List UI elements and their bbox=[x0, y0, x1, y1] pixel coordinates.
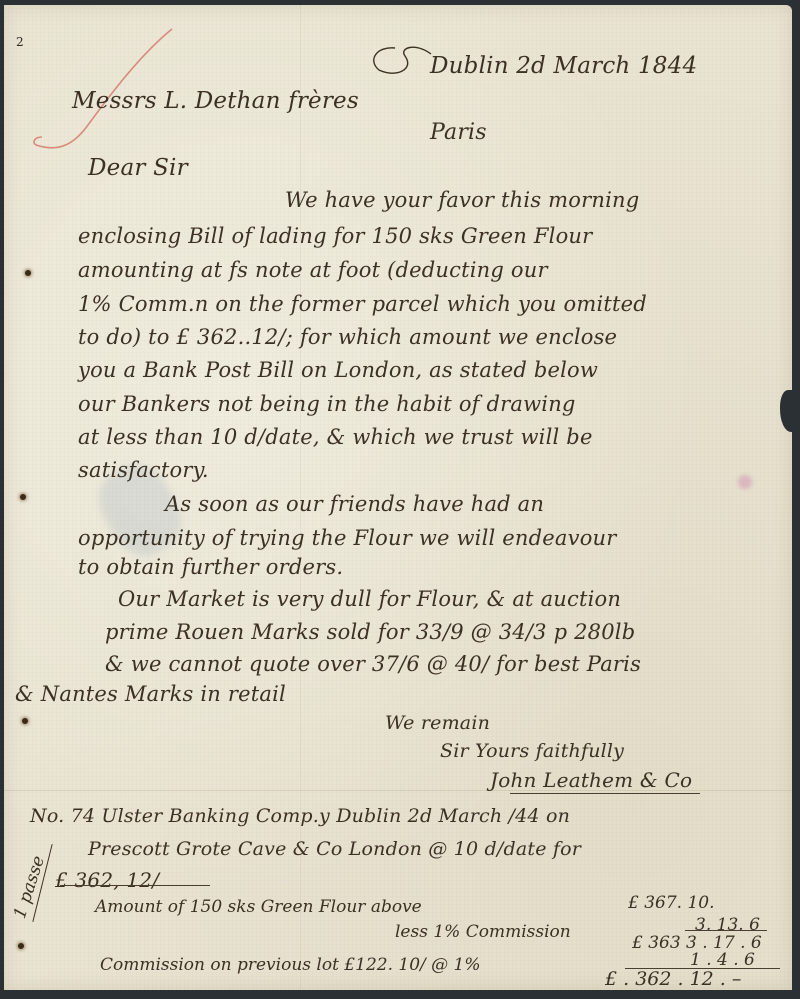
remittance-line: Prescott Grote Cave & Co London @ 10 d/d… bbox=[88, 838, 581, 860]
remittance-line: No. 74 Ulster Banking Comp.y Dublin 2d M… bbox=[30, 805, 570, 827]
signature-rule bbox=[510, 793, 700, 794]
body-line: & Nantes Marks in retail bbox=[15, 682, 286, 706]
account-row-value: 1 . 4 . 6 bbox=[690, 950, 755, 970]
body-line: amounting at fs note at foot (deducting … bbox=[78, 258, 548, 282]
body-line: at less than 10 d/date, & which we trust… bbox=[78, 425, 593, 449]
account-row-label: less 1% Commission bbox=[395, 922, 571, 942]
binding-hole-icon bbox=[18, 943, 24, 949]
binding-hole-icon bbox=[20, 494, 26, 500]
binding-hole-icon bbox=[22, 718, 28, 724]
signature: John Leathem & Co bbox=[490, 768, 692, 792]
place: Paris bbox=[430, 120, 487, 145]
account-row-value: 3. 13. 6 bbox=[695, 915, 760, 935]
body-line: opportunity of trying the Flour we will … bbox=[78, 526, 617, 550]
body-line: We have your favor this morning bbox=[285, 188, 639, 212]
body-line: enclosing Bill of lading for 150 sks Gre… bbox=[78, 224, 592, 248]
closing-line: Sir Yours faithfully bbox=[440, 740, 624, 762]
flourish-icon bbox=[365, 40, 435, 80]
pink-stain bbox=[738, 475, 752, 489]
body-line: As soon as our friends have had an bbox=[165, 492, 544, 516]
scanned-letter: 2 Dublin 2d March 1844 Messrs L. Dethan … bbox=[0, 0, 800, 999]
body-line: prime Rouen Marks sold for 33/9 @ 34/3 p… bbox=[105, 620, 635, 644]
account-total: £ . 362 . 12 . – bbox=[605, 968, 741, 990]
binding-hole-icon bbox=[25, 270, 31, 276]
account-row-prefix: £ 363 bbox=[632, 933, 681, 953]
closing-line: We remain bbox=[385, 712, 490, 734]
body-line: satisfactory. bbox=[78, 458, 209, 482]
body-line: to obtain further orders. bbox=[78, 555, 343, 579]
account-row-label: Commission on previous lot £122. 10/ @ 1… bbox=[100, 955, 481, 975]
body-line: our Bankers not being in the habit of dr… bbox=[78, 392, 576, 416]
salutation: Dear Sir bbox=[88, 155, 188, 181]
addressee: Messrs L. Dethan frères bbox=[72, 88, 359, 114]
body-line: to do) to £ 362..12/; for which amount w… bbox=[78, 325, 617, 349]
corner-mark: 2 bbox=[16, 35, 24, 49]
body-line: Our Market is very dull for Flour, & at … bbox=[118, 587, 621, 611]
body-line: & we cannot quote over 37/6 @ 40/ for be… bbox=[105, 652, 641, 676]
body-line: you a Bank Post Bill on London, as state… bbox=[78, 358, 598, 382]
amount-underline bbox=[60, 885, 210, 886]
body-line: 1% Comm.n on the former parcel which you… bbox=[78, 292, 647, 316]
account-row-label: Amount of 150 sks Green Flour above bbox=[95, 897, 422, 917]
account-row-value: £ 367. 10. bbox=[628, 893, 715, 913]
dateline: Dublin 2d March 1844 bbox=[430, 53, 697, 79]
subtotal-rule bbox=[685, 930, 767, 931]
remittance-amount: £ 362, 12/ bbox=[55, 868, 159, 892]
torn-edge bbox=[780, 390, 800, 432]
